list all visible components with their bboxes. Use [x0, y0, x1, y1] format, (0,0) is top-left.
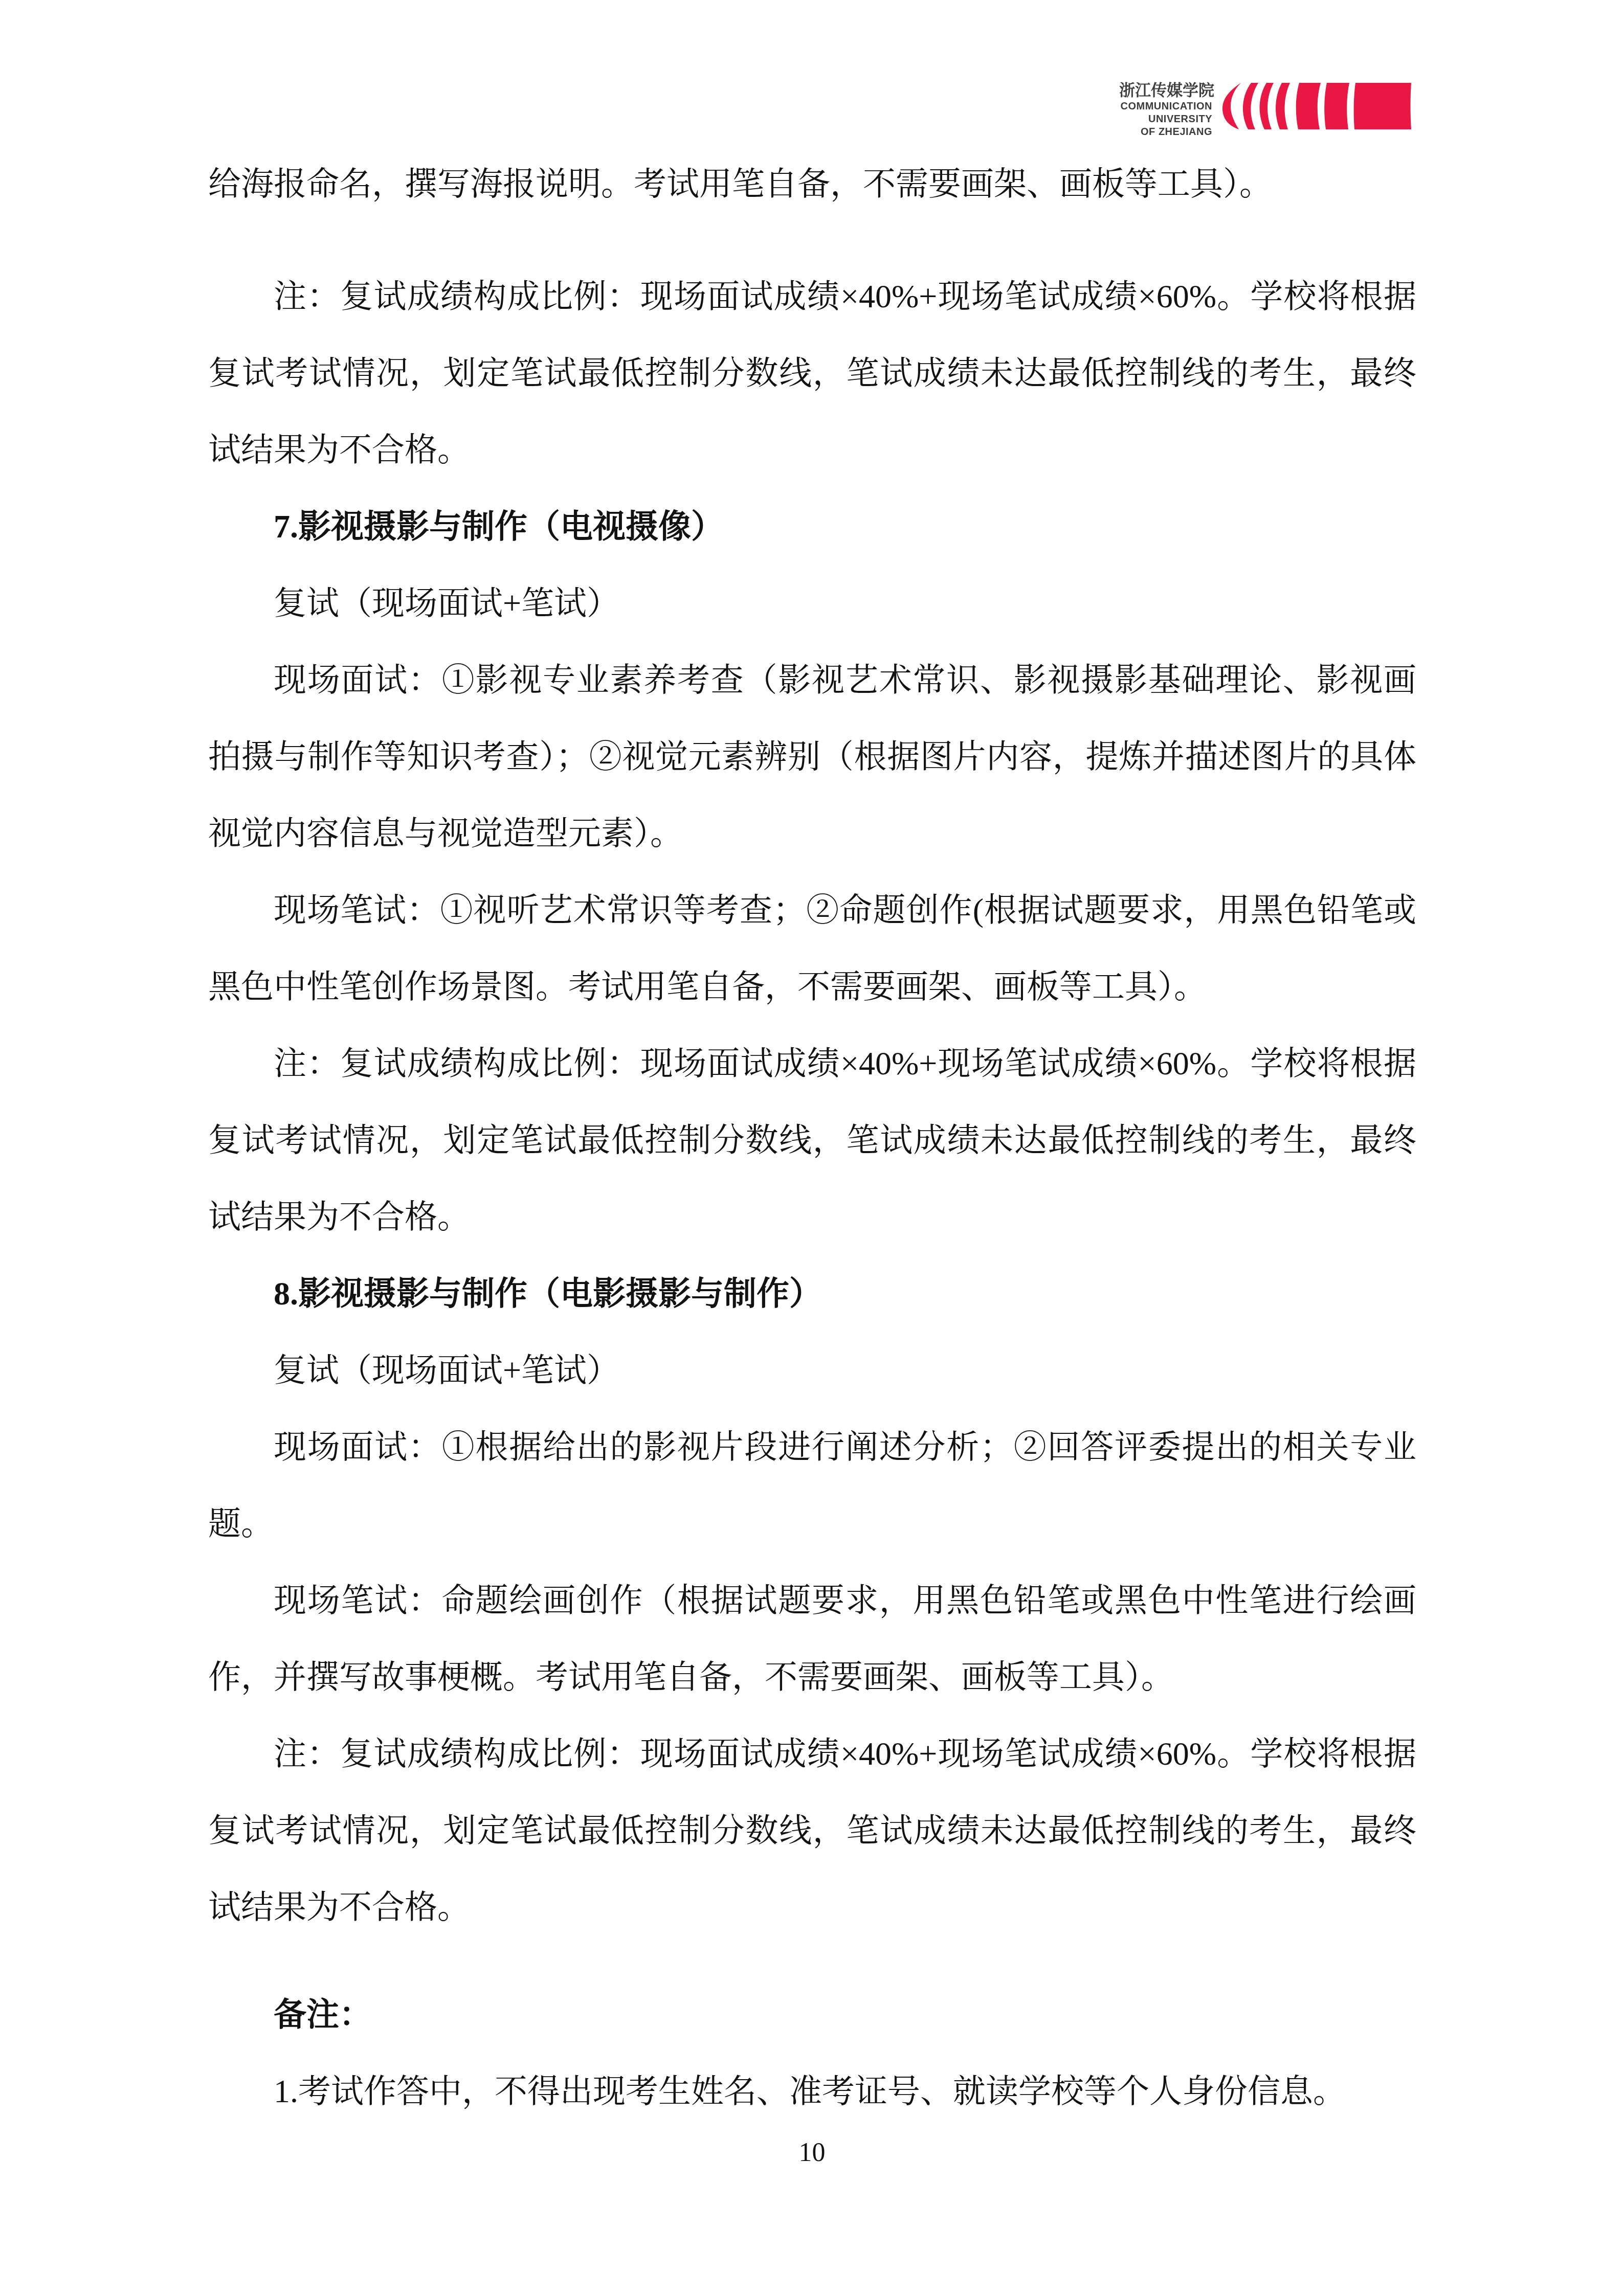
- section-8-heading: 8.影视摄影与制作（电影摄影与制作）: [208, 1255, 1416, 1332]
- note-line: 试结果为不合格。: [208, 412, 1416, 488]
- body-line: 作，并撰写故事梗概。考试用笔自备，不需要画架、画板等工具）。: [208, 1639, 1416, 1716]
- logo-mark-icon: [1221, 82, 1412, 130]
- logo-english-name-line2: UNIVERSITY: [1119, 114, 1212, 125]
- note-line: 试结果为不合格。: [208, 1869, 1416, 1946]
- logo-chinese-name: 浙江传媒学院: [1119, 82, 1212, 99]
- note-line: 注：复试成绩构成比例：现场面试成绩×40%+现场笔试成绩×60%。学校将根据: [208, 1716, 1416, 1792]
- university-logo: 浙江传媒学院 COMMUNICATION UNIVERSITY OF ZHEJI…: [1119, 82, 1412, 138]
- body-line: 黑色中性笔创作场景图。考试用笔自备，不需要画架、画板等工具）。: [208, 949, 1416, 1025]
- page-number: 10: [0, 2127, 1624, 2178]
- logo-english-name-line3: OF ZHEJIANG: [1119, 127, 1212, 138]
- body-line: 现场笔试：命题绘画创作（根据试题要求，用黑色铅笔或黑色中性笔进行绘画创: [208, 1562, 1416, 1639]
- body-line: 现场笔试：①视听艺术常识等考查；②命题创作(根据试题要求，用黑色铅笔或: [208, 872, 1416, 949]
- note-line: 注：复试成绩构成比例：现场面试成绩×40%+现场笔试成绩×60%。学校将根据: [208, 1025, 1416, 1102]
- document-page: { "page": { "background": "#ffffff", "te…: [0, 0, 1624, 2296]
- remarks-item: 1.考试作答中，不得出现考生姓名、准考证号、就读学校等个人身份信息。: [208, 2053, 1416, 2130]
- body-line: 题。: [208, 1485, 1416, 1562]
- body-line: 复试（现场面试+笔试）: [208, 565, 1416, 642]
- document-body: 给海报命名，撰写海报说明。考试用笔自备，不需要画架、画板等工具）。 注：复试成绩…: [208, 146, 1416, 2130]
- note-line: 复试考试情况，划定笔试最低控制分数线，笔试成绩未达最低控制线的考生，最终考: [208, 1102, 1416, 1179]
- note-line: 注：复试成绩构成比例：现场面试成绩×40%+现场笔试成绩×60%。学校将根据: [208, 258, 1416, 335]
- body-line: 视觉内容信息与视觉造型元素）。: [208, 795, 1416, 872]
- body-line: 给海报命名，撰写海报说明。考试用笔自备，不需要画架、画板等工具）。: [208, 146, 1416, 222]
- logo-english-name-line1: COMMUNICATION: [1119, 101, 1212, 112]
- section-7-heading: 7.影视摄影与制作（电视摄像）: [208, 488, 1416, 565]
- note-line: 复试考试情况，划定笔试最低控制分数线，笔试成绩未达最低控制线的考生，最终考: [208, 335, 1416, 412]
- note-line: 试结果为不合格。: [208, 1179, 1416, 1255]
- body-line: 复试（现场面试+笔试）: [208, 1332, 1416, 1409]
- body-line: 现场面试：①根据给出的影视片段进行阐述分析；②回答评委提出的相关专业问: [208, 1409, 1416, 1485]
- remarks-heading: 备注：: [208, 1976, 1416, 2053]
- body-line: 现场面试：①影视专业素养考查（影视艺术常识、影视摄影基础理论、影视画面: [208, 642, 1416, 718]
- logo-text-block: 浙江传媒学院 COMMUNICATION UNIVERSITY OF ZHEJI…: [1119, 82, 1212, 138]
- note-line: 复试考试情况，划定笔试最低控制分数线，笔试成绩未达最低控制线的考生，最终考: [208, 1792, 1416, 1869]
- body-line: 拍摄与制作等知识考查）；②视觉元素辨别（根据图片内容，提炼并描述图片的具体: [208, 718, 1416, 795]
